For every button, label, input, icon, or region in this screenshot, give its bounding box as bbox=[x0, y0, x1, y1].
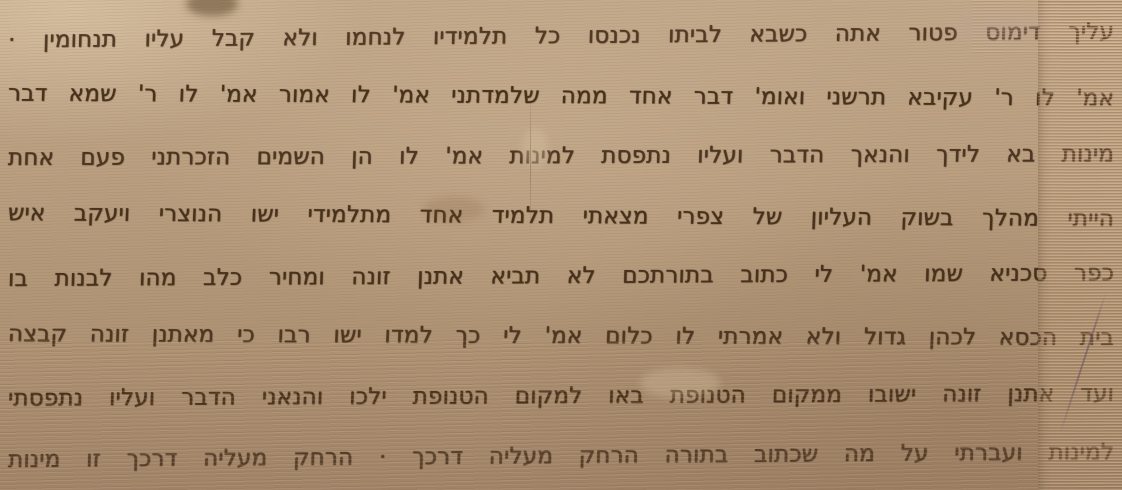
manuscript-line: בית הכסא לכהן גדול ולא אמרתי לו כלום אמ'… bbox=[7, 304, 1115, 368]
manuscript-line: הייתי מהלך בשוק העליון של צפרי מצאתי תלמ… bbox=[7, 183, 1115, 249]
manuscript-page: עליך דימוס פטור אתה כשבא לביתו נכנסו כל … bbox=[0, 0, 1122, 490]
manuscript-text-block: עליך דימוס פטור אתה כשבא לביתו נכנסו כל … bbox=[8, 6, 1114, 486]
manuscript-line: עליך דימוס פטור אתה כשבא לביתו נכנסו כל … bbox=[7, 2, 1115, 71]
manuscript-line: אמ' לו ר' עקיבא תרשני ואומ' דבר אחד ממה … bbox=[7, 64, 1115, 129]
manuscript-line: למינות ועברתי על מה שכתוב בתורה הרחק מעל… bbox=[7, 422, 1115, 490]
manuscript-line: ועד אתנן זונה ישובו ממקום הטנופת באו למק… bbox=[7, 364, 1115, 429]
manuscript-line: מינות בא לידך והנאך הדבר ועליו נתפסת למי… bbox=[7, 124, 1115, 188]
manuscript-line: כפר סכניא שמו אמ' לי כתוב בתורתכם לא תבי… bbox=[7, 243, 1115, 309]
